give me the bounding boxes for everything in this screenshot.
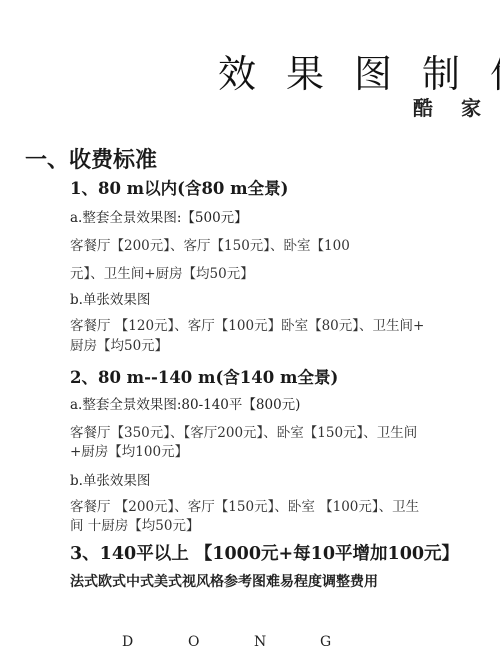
tier-2-single-label: b.单张效果图	[70, 471, 150, 491]
footer-letter: N	[254, 632, 320, 652]
tier-3-heading: 3、140平以上 【1000元+每10平增加100元】	[70, 543, 459, 565]
footer-letter: G	[320, 632, 386, 652]
footer-letter: D	[122, 632, 188, 652]
section-heading: 一、收费标准	[25, 146, 157, 174]
tier-1-full-detail-line2: 元】、卫生间+厨房【均50元】	[70, 264, 254, 284]
tier-1-full-label: a.整套全景效果图:【500元】	[70, 208, 248, 228]
tier-1-single-detail-line1: 客餐厅 【120元】、客厅【100元】卧室【80元】、卫生间+	[70, 316, 424, 336]
tier-2-single-detail-line1: 客餐厅 【200元】、客厅【150元】、卧室 【100元】、卫生	[70, 497, 419, 517]
tier-2-full-label: a.整套全景效果图:80-140平【800元)	[70, 395, 300, 415]
tier-1-full-detail-line1: 客餐厅【200元】、客厅【150元】、卧室【100	[70, 236, 350, 256]
tier-2-single-detail-line2: 间 十厨房【均50元】	[70, 516, 199, 536]
tier-1-single-label: b.单张效果图	[70, 290, 150, 310]
page-title: 效果图制作	[218, 50, 500, 98]
tier-1-single-detail-line2: 厨房【均50元】	[70, 336, 168, 356]
tier-2-full-detail-line2: +厨房【均100元】	[70, 442, 188, 462]
footer-letter: O	[188, 632, 254, 652]
tier-1-heading: 1、80 m以内(含80 m全景)	[70, 178, 288, 200]
style-note: 法式欧式中式美式视风格参考图难易程度调整费用	[70, 572, 378, 592]
page-subtitle: 酷家	[413, 96, 500, 120]
tier-2-heading: 2、80 m--140 m(含140 m全景)	[70, 367, 338, 389]
tier-2-full-detail-line1: 客餐厅【350元】、【客厅200元】、卧室【150元】、卫生间	[70, 423, 417, 443]
footer-letters: DONG	[122, 632, 386, 652]
